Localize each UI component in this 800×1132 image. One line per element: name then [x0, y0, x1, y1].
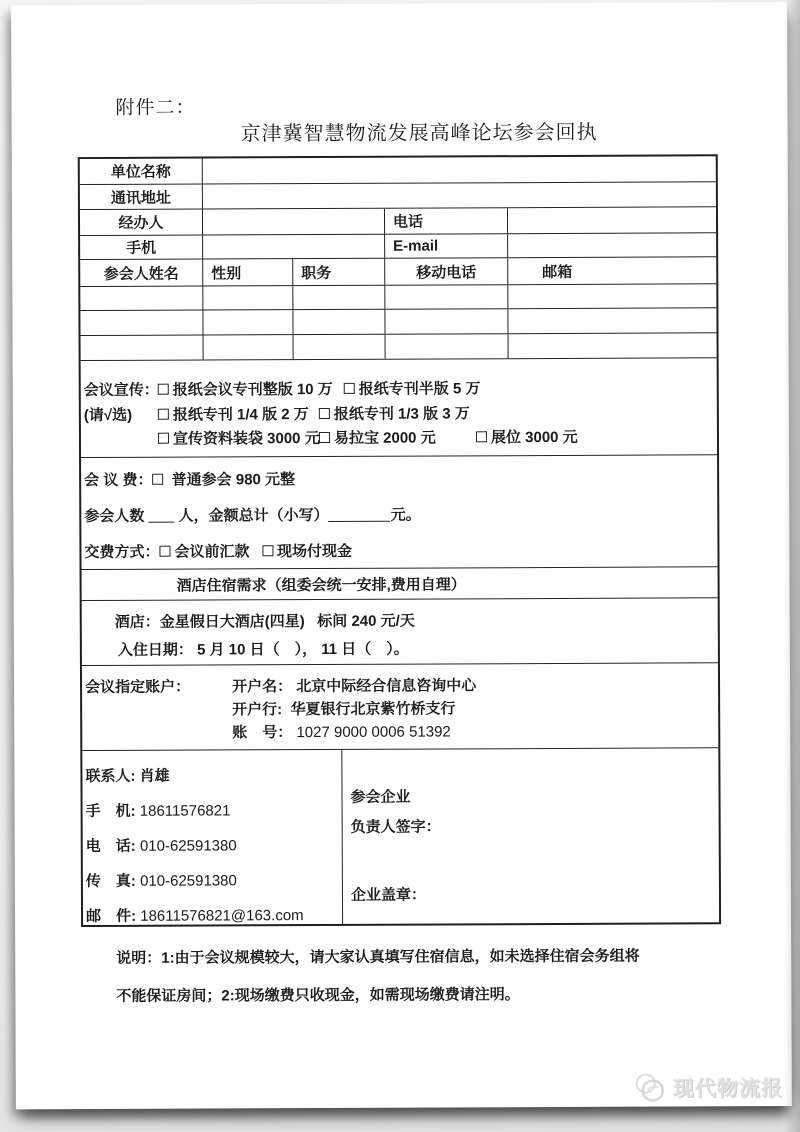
attendee-cell[interactable]: [293, 286, 385, 309]
attachment-label: 附件二：: [115, 93, 195, 120]
attendee-row: [80, 284, 716, 311]
account-number-label: 账 号：: [232, 724, 292, 741]
fee-option: 普通参会 980 元整: [172, 471, 295, 489]
unit-name-label: 单位名称: [111, 161, 171, 182]
attendee-name-header: 参会人姓名: [104, 262, 179, 283]
account-bank-name: 北京中际经合信息咨询中心: [296, 677, 476, 695]
checkbox-icon[interactable]: [152, 474, 163, 485]
phone-input[interactable]: [508, 207, 716, 233]
phone-label: 电话: [393, 211, 423, 232]
account-bank-branch: 华夏银行北京紫竹桥支行: [290, 700, 455, 718]
attendee-header-row: 参会人姓名 性别 职务 移动电话 邮箱: [80, 257, 716, 287]
mobile-phone-header: 移动电话: [416, 261, 476, 282]
agent-label: 经办人: [118, 212, 163, 233]
attendee-row: [81, 333, 717, 361]
table-row: 单位名称: [80, 156, 716, 185]
contact-fax: 010-62591380: [140, 872, 237, 889]
address-input[interactable]: [203, 182, 716, 208]
document-page: 附件二： 京津冀智慧物流发展高峰论坛参会回执 单位名称 通讯地址 经办人 电话 …: [11, 2, 792, 1109]
hotel-name-line: 酒店：金星假日大酒店(四星): [115, 613, 305, 631]
note-line-1: 说明：1:由于会议规模较大，请大家认真填写住宿信息，如未选择住宿会务组将: [116, 945, 639, 968]
hotel-header-row: 酒店住宿需求（组委会统一安排,费用自理）: [82, 567, 718, 601]
publicity-option: 易拉宝 2000 元: [334, 430, 436, 447]
attendee-cell[interactable]: [81, 336, 204, 361]
contact-phone: 010-62591380: [140, 837, 237, 854]
publicity-label: 会议宣传：: [84, 379, 159, 400]
attendee-cell[interactable]: [204, 335, 294, 359]
email-input[interactable]: [508, 233, 716, 257]
contact-mobile-label: 手 机:: [86, 803, 136, 820]
publicity-option: 报纸专刊半版 5 万: [359, 380, 481, 398]
table-row: 通讯地址: [80, 182, 716, 210]
payment-option: 现场付现金: [277, 543, 352, 560]
gender-header: 性别: [211, 262, 241, 283]
checkbox-icon[interactable]: [158, 384, 169, 395]
attendee-count-blank[interactable]: [148, 508, 174, 523]
payment-option: 会议前汇款: [174, 543, 249, 560]
position-header: 职务: [301, 261, 331, 282]
attendee-count-prefix: 参会人数: [84, 508, 144, 525]
checkbox-icon[interactable]: [319, 408, 330, 419]
attendee-count-suffix: 元。: [391, 507, 421, 524]
company-label: 参会企业: [350, 786, 410, 807]
total-amount-blank[interactable]: [329, 507, 391, 522]
attendee-cell[interactable]: [203, 286, 293, 309]
contact-email-label: 邮 件:: [86, 908, 136, 925]
note-line-2: 不能保证房间；2:现场缴费只收现金，如需现场缴费请注明。: [116, 983, 519, 1006]
publicity-option: 宣传资料装袋 3000 元: [173, 430, 320, 448]
attendee-cell[interactable]: [386, 334, 509, 359]
brand-watermark: 现代物流报: [634, 1070, 783, 1105]
contact-phone-label: 电 话:: [86, 838, 136, 855]
mobile-input[interactable]: [203, 235, 385, 259]
attendee-cell[interactable]: [80, 287, 203, 311]
mobile-label: 手机: [126, 237, 156, 258]
address-label: 通讯地址: [111, 186, 171, 207]
contact-mobile: 18611576821: [140, 802, 231, 819]
attendee-cell[interactable]: [509, 333, 717, 358]
checkin-line: 入住日期： 5 月 10 日（ ）， 11 日（ ）。: [118, 638, 409, 660]
registration-form-table: 单位名称 通讯地址 经办人 电话 手机 E-mail 参会人姓名 性别 职务 移: [78, 154, 721, 927]
contact-fax-label: 传 真:: [86, 873, 136, 890]
hotel-header: 酒店住宿需求（组委会统一安排,费用自理）: [177, 573, 466, 595]
attendee-cell[interactable]: [80, 311, 203, 336]
account-label: 会议指定账户：: [85, 676, 190, 697]
tick-note: (请√选): [84, 404, 132, 425]
checkbox-icon[interactable]: [319, 432, 330, 443]
attendee-cell[interactable]: [385, 309, 508, 334]
attendee-cell[interactable]: [293, 310, 385, 334]
contact-email: 18611576821@163.com: [140, 907, 303, 925]
attendee-cell[interactable]: [294, 335, 386, 359]
contact-section: 联系人: 肖雄 手 机: 18611576821 电 话: 010-625913…: [82, 748, 719, 925]
publicity-option: 报纸专刊 1/3 版 3 万: [334, 405, 470, 423]
mailbox-header: 邮箱: [542, 260, 572, 281]
attendee-cell[interactable]: [508, 284, 716, 308]
attendee-cell[interactable]: [385, 285, 508, 309]
account-number: 1027 9000 0006 51392: [296, 723, 450, 741]
attendee-cell[interactable]: [203, 310, 293, 334]
checkbox-icon[interactable]: [158, 433, 169, 444]
sign-label: 负责人签字：: [351, 815, 441, 836]
checkbox-icon[interactable]: [158, 409, 169, 420]
checkbox-icon[interactable]: [344, 383, 355, 394]
email-label: E-mail: [393, 237, 438, 254]
publicity-option: 报纸专刊 1/4 版 2 万: [173, 406, 309, 424]
seal-label: 企业盖章：: [351, 884, 426, 905]
brand-logo-icon: [634, 1071, 668, 1105]
checkbox-icon[interactable]: [476, 431, 487, 442]
brand-name: 现代物流报: [673, 1072, 783, 1102]
attendee-row: [80, 308, 716, 336]
publicity-option: 展位 3000 元: [491, 429, 578, 446]
checkbox-icon[interactable]: [262, 545, 273, 556]
account-section: 会议指定账户： 开户名： 北京中际经合信息咨询中心 开户行: 华夏银行北京紫竹桥…: [82, 663, 718, 751]
contact-name-label: 联系人:: [85, 768, 135, 785]
agent-input[interactable]: [203, 209, 385, 235]
contact-name: 肖雄: [140, 768, 170, 785]
payment-label: 交费方式：: [84, 544, 159, 561]
page-title: 京津冀智慧物流发展高峰论坛参会回执: [241, 116, 598, 147]
hotel-rate: 标间 240 元/天: [317, 613, 415, 630]
hotel-info-section: 酒店：金星假日大酒店(四星) 标间 240 元/天 入住日期： 5 月 10 日…: [82, 598, 718, 666]
fee-label: 会 议 费：: [84, 472, 152, 489]
account-bank-branch-label: 开户行:: [232, 701, 282, 718]
checkbox-icon[interactable]: [159, 546, 170, 557]
account-bank-name-label: 开户名：: [232, 678, 292, 695]
attendee-cell[interactable]: [508, 308, 716, 333]
fee-section: 会 议 费： 普通参会 980 元整 参会人数 人，金额总计（小写）元。 交费方…: [81, 455, 717, 570]
table-row: 手机 E-mail: [80, 233, 716, 260]
publicity-option: 报纸会议专刊整版 10 万: [173, 381, 333, 399]
publicity-section: 会议宣传： (请√选) 报纸会议专刊整版 10 万 报纸专刊半版 5 万 报纸专…: [81, 358, 717, 458]
table-row: 经办人 电话: [80, 207, 716, 236]
unit-name-input[interactable]: [203, 156, 716, 183]
attendee-count-mid: 人，金额总计（小写）: [179, 507, 329, 525]
